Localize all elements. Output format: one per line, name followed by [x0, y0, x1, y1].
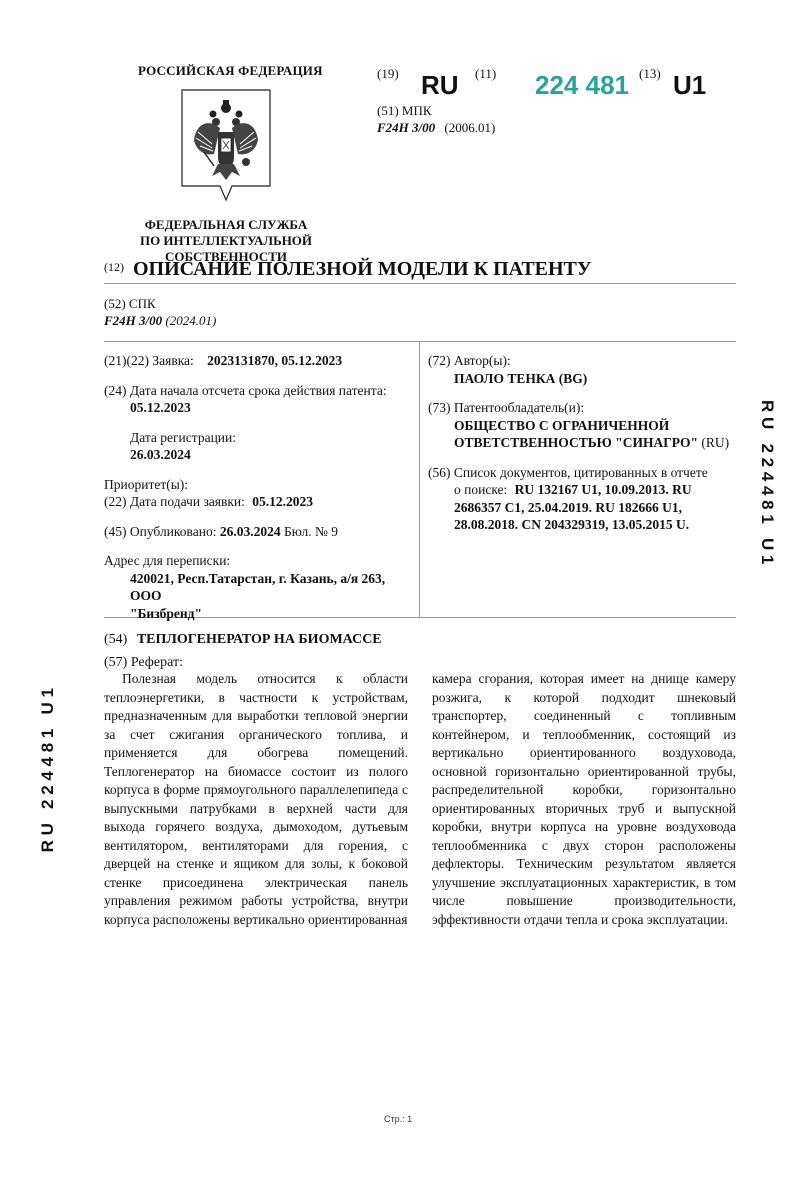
coat-of-arms-icon	[180, 88, 272, 204]
invention-title-text: ТЕПЛОГЕНЕРАТОР НА БИОМАССЕ	[137, 632, 382, 647]
mpk-class: F24H 3/00	[377, 120, 435, 135]
bulletin-number: Бюл. № 9	[284, 524, 338, 539]
published-label: (45) Опубликовано:	[104, 524, 216, 539]
inid-code-12: (12)	[104, 260, 124, 274]
filing-label: (22) Дата подачи заявки:	[104, 494, 245, 509]
agency-line-1: ФЕДЕРАЛЬНАЯ СЛУЖБА	[84, 217, 368, 233]
divider	[104, 283, 736, 284]
country-name: РОССИЙСКАЯ ФЕДЕРАЦИЯ	[138, 63, 323, 79]
application-label: (21)(22) Заявка:	[104, 353, 194, 368]
citations-prefix: о поиске:	[454, 482, 507, 497]
mpk-version: (2006.01)	[444, 120, 495, 135]
mpk-label: (51) МПК	[377, 102, 495, 119]
authors-label: (72) Автор(ы):	[428, 352, 734, 370]
owner-label: (73) Патентообладатель(и):	[428, 399, 734, 417]
spk-classification: (52) СПК F24H 3/00 (2024.01)	[104, 295, 216, 329]
column-divider	[419, 341, 420, 617]
priority-label: Приоритет(ы):	[104, 476, 416, 494]
application-value: 2023131870, 05.12.2023	[207, 353, 342, 368]
registration-label: Дата регистрации:	[104, 429, 416, 447]
owner-country: (RU)	[701, 435, 729, 450]
bibliographic-left: (21)(22) Заявка: 2023131870, 05.12.2023 …	[104, 352, 416, 622]
side-label-left: R U 2 2 4 4 8 1 U 1	[38, 688, 58, 852]
title-text: ОПИСАНИЕ ПОЛЕЗНОЙ МОДЕЛИ К ПАТЕНТУ	[133, 258, 592, 280]
side-label-right: R U 2 2 4 4 8 1 U 1	[757, 400, 777, 564]
spk-label: (52) СПК	[104, 295, 216, 312]
spk-version: (2024.01)	[165, 313, 216, 328]
filing-value: 05.12.2023	[252, 494, 313, 509]
abstract-label: (57) Реферат:	[104, 655, 183, 671]
inid-code-11: (11)	[475, 66, 496, 82]
document-title: (12) ОПИСАНИЕ ПОЛЕЗНОЙ МОДЕЛИ К ПАТЕНТУ	[104, 258, 592, 281]
owner-line-1: ОБЩЕСТВО С ОГРАНИЧЕННОЙ	[428, 417, 734, 435]
country-code: RU	[421, 70, 459, 101]
inid-code-13: (13)	[639, 66, 661, 82]
term-start-value: 05.12.2023	[104, 399, 416, 417]
page-number: Стр.: 1	[384, 1114, 412, 1124]
bibliographic-right: (72) Автор(ы): ПАОЛО ТЕНКА (BG) (73) Пат…	[428, 352, 734, 534]
invention-title: (54) ТЕПЛОГЕНЕРАТОР НА БИОМАССЕ	[104, 632, 382, 648]
address-line-1: 420021, Респ.Татарстан, г. Казань, а/я 2…	[104, 570, 416, 605]
owner-line-2: ОТВЕТСТВЕННОСТЬЮ "СИНАГРО"	[454, 435, 698, 450]
citations-label: (56) Список документов, цитированных в о…	[428, 464, 734, 482]
inid-code-54: (54)	[104, 632, 127, 647]
divider	[104, 341, 736, 342]
term-start-label: (24) Дата начала отсчета срока действия …	[104, 382, 416, 400]
patent-code-line: (19) RU (11) 224 481 (13) U1	[377, 64, 737, 100]
kind-code: U1	[673, 70, 706, 101]
abstract-column-1: Полезная модель относится к области тепл…	[104, 670, 408, 929]
inid-code-19: (19)	[377, 66, 399, 82]
spk-class: F24H 3/00	[104, 313, 162, 328]
registration-value: 26.03.2024	[104, 446, 416, 464]
address-label: Адрес для переписки:	[104, 552, 416, 570]
abstract-column-2: камера сгорания, которая имеет на днище …	[432, 670, 736, 929]
mpk-classification: (51) МПК F24H 3/00 (2006.01)	[377, 102, 495, 136]
authors-value: ПАОЛО ТЕНКА (BG)	[428, 370, 734, 388]
published-value: 26.03.2024	[220, 524, 281, 539]
address-line-2: "Бизбренд"	[104, 605, 416, 623]
patent-number: 224 481	[535, 70, 629, 101]
